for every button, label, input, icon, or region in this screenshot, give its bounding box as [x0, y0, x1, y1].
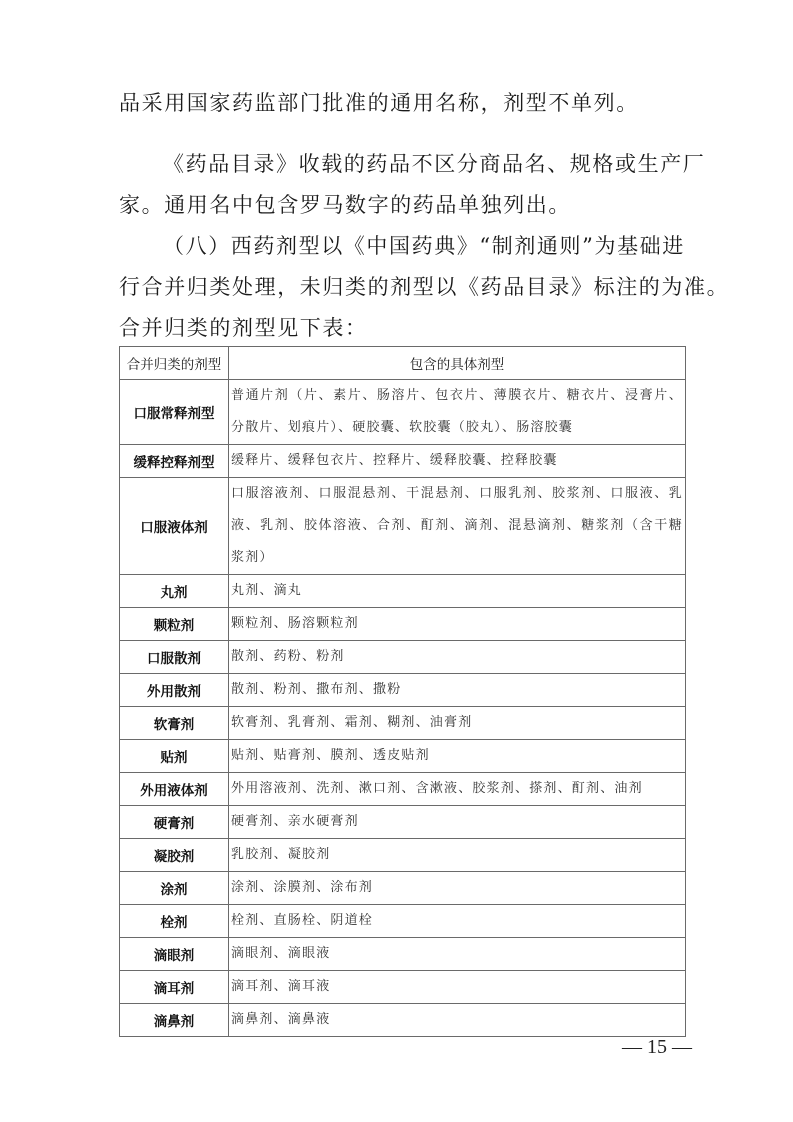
category-cell: 口服液体剂	[120, 478, 229, 575]
text-line: 合并归类的剂型见下表：	[119, 308, 689, 349]
table-row: 贴剂 贴剂、贴膏剂、膜剂、透皮贴剂	[120, 740, 686, 773]
page-number: — 15 —	[622, 1036, 692, 1059]
table-row: 涂剂 涂剂、涂膜剂、涂布剂	[120, 872, 686, 905]
category-cell: 口服常释剂型	[120, 380, 229, 445]
category-cell: 缓释控释剂型	[120, 445, 229, 478]
category-cell: 滴眼剂	[120, 938, 229, 971]
header-specific-forms: 包含的具体剂型	[229, 347, 686, 380]
category-cell: 外用散剂	[120, 674, 229, 707]
table-row: 外用散剂 散剂、粉剂、撒布剂、撒粉	[120, 674, 686, 707]
text-line: 《药品目录》收载的药品不区分商品名、规格或生产厂	[119, 144, 689, 185]
items-cell: 滴鼻剂、滴鼻液	[229, 1004, 686, 1037]
items-cell: 口服溶液剂、口服混悬剂、干混悬剂、口服乳剂、胶浆剂、口服液、乳液、乳剂、胶体溶液…	[229, 478, 686, 575]
category-cell: 栓剂	[120, 905, 229, 938]
header-merged-form: 合并归类的剂型	[120, 347, 229, 380]
category-cell: 口服散剂	[120, 641, 229, 674]
paragraph-section-eight: （八）西药剂型以《中国药典》“制剂通则”为基础进 行合并归类处理，未归类的剂型以…	[119, 226, 689, 349]
items-cell: 颗粒剂、肠溶颗粒剂	[229, 608, 686, 641]
items-cell: 散剂、药粉、粉剂	[229, 641, 686, 674]
table-row: 外用液体剂 外用溶液剂、洗剂、漱口剂、含漱液、胶浆剂、搽剂、酊剂、油剂	[120, 773, 686, 806]
items-cell: 软膏剂、乳膏剂、霜剂、糊剂、油膏剂	[229, 707, 686, 740]
category-cell: 涂剂	[120, 872, 229, 905]
paragraph-continuation: 品采用国家药监部门批准的通用名称，剂型不单列。	[119, 83, 689, 124]
items-cell: 涂剂、涂膜剂、涂布剂	[229, 872, 686, 905]
text-line: （八）西药剂型以《中国药典》“制剂通则”为基础进	[119, 226, 689, 267]
table-row: 滴耳剂 滴耳剂、滴耳液	[120, 971, 686, 1004]
items-cell: 贴剂、贴膏剂、膜剂、透皮贴剂	[229, 740, 686, 773]
items-cell: 缓释片、缓释包衣片、控释片、缓释胶囊、控释胶囊	[229, 445, 686, 478]
items-cell: 散剂、粉剂、撒布剂、撒粉	[229, 674, 686, 707]
text-line: 品采用国家药监部门批准的通用名称，剂型不单列。	[119, 83, 689, 124]
table-row: 缓释控释剂型 缓释片、缓释包衣片、控释片、缓释胶囊、控释胶囊	[120, 445, 686, 478]
items-cell: 外用溶液剂、洗剂、漱口剂、含漱液、胶浆剂、搽剂、酊剂、油剂	[229, 773, 686, 806]
table-row: 栓剂 栓剂、直肠栓、阴道栓	[120, 905, 686, 938]
dosage-form-table: 合并归类的剂型 包含的具体剂型 口服常释剂型 普通片剂（片、素片、肠溶片、包衣片…	[119, 346, 686, 1037]
items-cell: 滴眼剂、滴眼液	[229, 938, 686, 971]
category-cell: 硬膏剂	[120, 806, 229, 839]
table-row: 口服散剂 散剂、药粉、粉剂	[120, 641, 686, 674]
text-line: 家。通用名中包含罗马数字的药品单独列出。	[119, 185, 689, 226]
table-row: 滴眼剂 滴眼剂、滴眼液	[120, 938, 686, 971]
table-row: 口服液体剂 口服溶液剂、口服混悬剂、干混悬剂、口服乳剂、胶浆剂、口服液、乳液、乳…	[120, 478, 686, 575]
table-row: 丸剂 丸剂、滴丸	[120, 575, 686, 608]
text-line: 行合并归类处理，未归类的剂型以《药品目录》标注的为准。	[119, 267, 689, 308]
table-header-row: 合并归类的剂型 包含的具体剂型	[120, 347, 686, 380]
category-cell: 丸剂	[120, 575, 229, 608]
table-row: 硬膏剂 硬膏剂、亲水硬膏剂	[120, 806, 686, 839]
table-row: 滴鼻剂 滴鼻剂、滴鼻液	[120, 1004, 686, 1037]
items-cell: 丸剂、滴丸	[229, 575, 686, 608]
table-row: 颗粒剂 颗粒剂、肠溶颗粒剂	[120, 608, 686, 641]
items-cell: 栓剂、直肠栓、阴道栓	[229, 905, 686, 938]
table-row: 凝胶剂 乳胶剂、凝胶剂	[120, 839, 686, 872]
table-row: 软膏剂 软膏剂、乳膏剂、霜剂、糊剂、油膏剂	[120, 707, 686, 740]
category-cell: 贴剂	[120, 740, 229, 773]
items-cell: 硬膏剂、亲水硬膏剂	[229, 806, 686, 839]
category-cell: 滴耳剂	[120, 971, 229, 1004]
items-cell: 乳胶剂、凝胶剂	[229, 839, 686, 872]
category-cell: 滴鼻剂	[120, 1004, 229, 1037]
category-cell: 软膏剂	[120, 707, 229, 740]
category-cell: 颗粒剂	[120, 608, 229, 641]
category-cell: 凝胶剂	[120, 839, 229, 872]
items-cell: 滴耳剂、滴耳液	[229, 971, 686, 1004]
paragraph-catalog-note: 《药品目录》收载的药品不区分商品名、规格或生产厂 家。通用名中包含罗马数字的药品…	[119, 144, 689, 226]
category-cell: 外用液体剂	[120, 773, 229, 806]
table-row: 口服常释剂型 普通片剂（片、素片、肠溶片、包衣片、薄膜衣片、糖衣片、浸膏片、分散…	[120, 380, 686, 445]
items-cell: 普通片剂（片、素片、肠溶片、包衣片、薄膜衣片、糖衣片、浸膏片、分散片、划痕片）、…	[229, 380, 686, 445]
